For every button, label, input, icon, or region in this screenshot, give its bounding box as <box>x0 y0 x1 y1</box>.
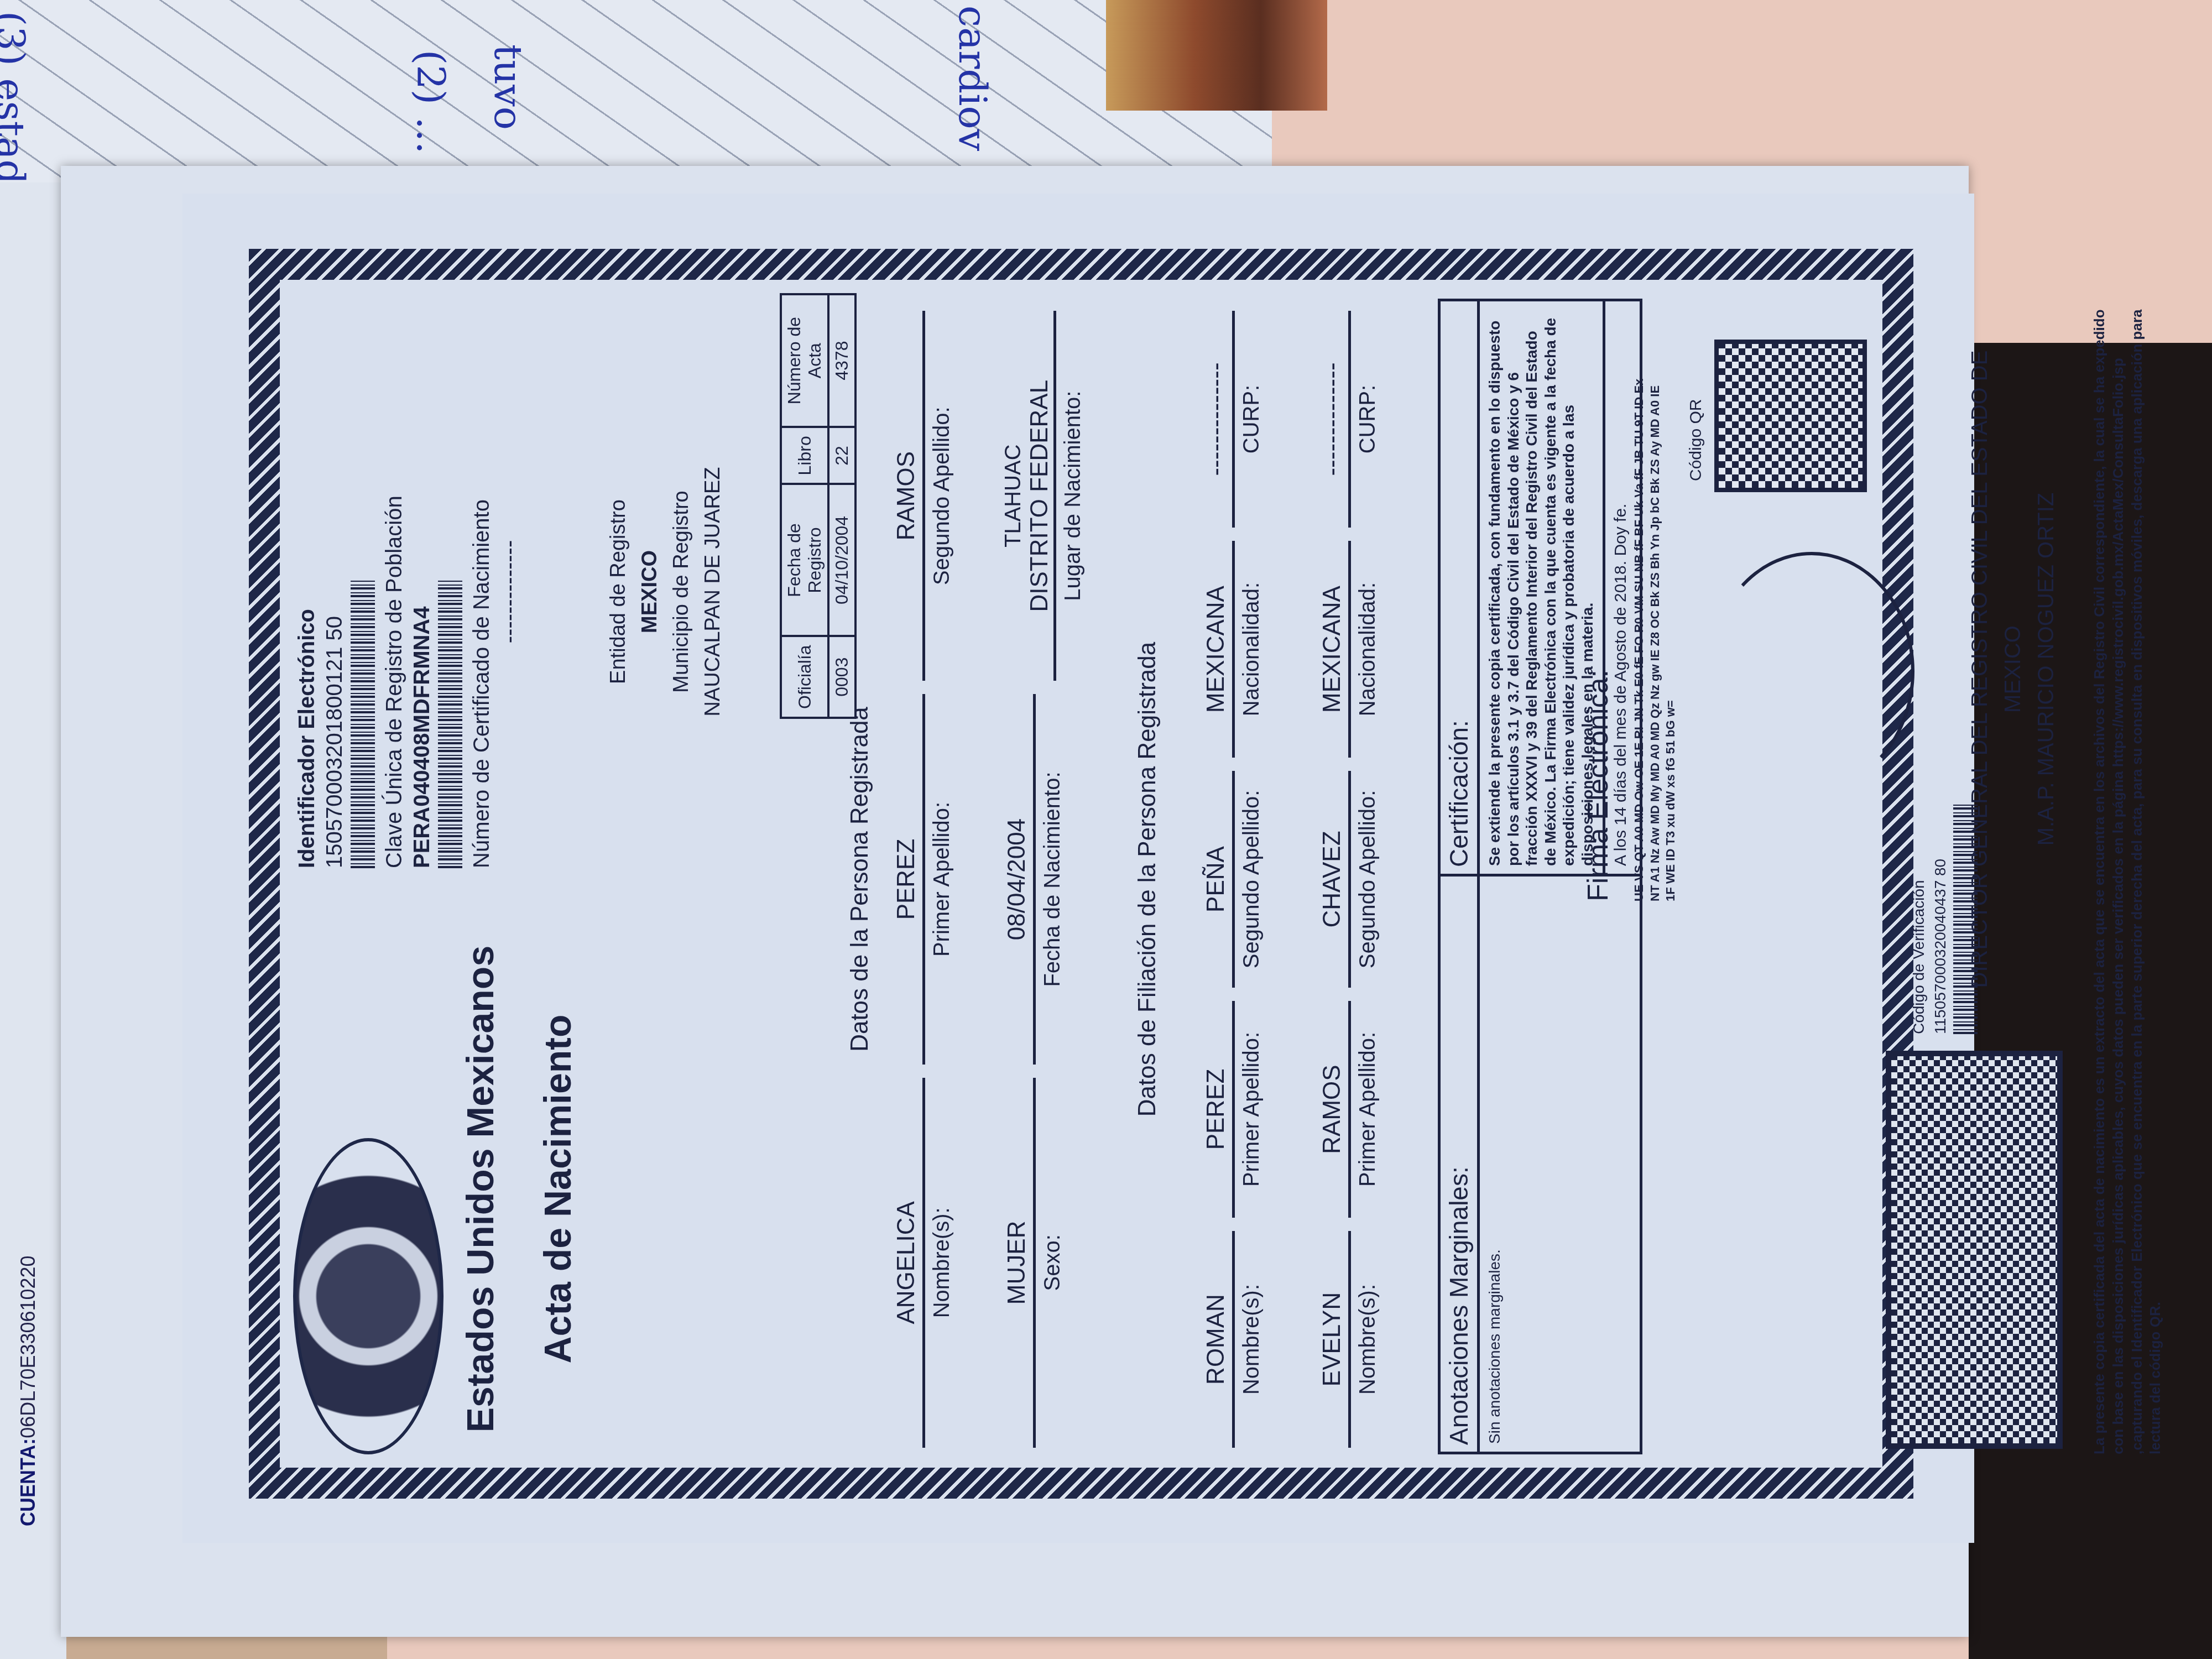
padre1-nombre: ROMAN <box>1200 1231 1235 1448</box>
fecha-nacimiento-label: Fecha de Nacimiento: <box>1036 687 1065 1071</box>
director-block: DIRECTOR GENERAL DEL REGISTRO CIVIL DEL … <box>1963 304 2063 1034</box>
anotaciones-text: Sin anotaciones marginales. <box>1480 877 1510 1452</box>
account-number: CUENTA:06DL70E330610220 <box>17 1255 40 1526</box>
curp-label: CURP: <box>1235 304 1264 534</box>
entidad-label: Entidad de Registro <box>603 315 634 868</box>
identificador-value: 150570003201800121 50 <box>321 315 348 868</box>
table-header: Fecha de Registro <box>781 484 828 636</box>
lugar-line2: DISTRITO FEDERAL <box>1026 311 1056 681</box>
nombre-value: ANGELICA <box>890 1078 925 1448</box>
certificado-value: -------------- <box>495 315 523 868</box>
padre1-primer-apellido: PEREZ <box>1200 1001 1235 1218</box>
firma-label: Firma Electrónica: <box>1582 670 1615 901</box>
national-seal-icon <box>293 1138 444 1454</box>
padre1-nacionalidad: MEXICANA <box>1200 541 1235 758</box>
registration-meta: Entidad de Registro MEXICO Municipio de … <box>603 315 729 868</box>
qr-code-icon <box>1714 340 1867 492</box>
table-header: Oficialía <box>781 636 828 718</box>
handwritten-note: (3) estado <box>0 11 33 208</box>
birth-certificate: Estados Unidos Mexicanos Acta de Nacimie… <box>182 194 1974 1543</box>
identificador-label: Identificador Electrónico <box>293 315 321 868</box>
handwritten-note: tuvo <box>486 44 531 130</box>
qr-label: Código QR <box>1687 399 1705 481</box>
curp-label: CURP: <box>1351 304 1380 534</box>
receipt-paper: CUENTA:06DL70E330610220 <box>0 182 66 1659</box>
lugar-label: Lugar de Nacimiento: <box>1056 304 1086 687</box>
parent-row: ROMANNombre(s): PEREZPrimer Apellido: PE… <box>1200 304 1264 1454</box>
primer-apellido-label: Primer Apellido: <box>1235 994 1264 1224</box>
municipio-value: NAUCALPAN DE JUAREZ <box>697 315 729 868</box>
certificate-paper: Estados Unidos Mexicanos Acta de Nacimie… <box>182 194 1974 1543</box>
notebook-background: (3) estado (2) ... tuvo cardiov <box>0 0 1272 182</box>
handwritten-note: (2) ... <box>408 50 453 154</box>
nombre-label: Nombre(s): <box>925 1071 954 1454</box>
segundo-apellido-value: RAMOS <box>890 311 925 681</box>
certificado-label: Número de Certificado de Nacimiento <box>468 315 495 868</box>
document-title: Acta de Nacimiento <box>536 924 580 1454</box>
firma-chain: UE VS QT A0 MD Ow OE 1E RI JN Tk E0 fE F… <box>1631 371 1679 901</box>
large-qr-code-icon <box>1886 1051 2063 1449</box>
handwritten-note: cardiov <box>950 6 995 151</box>
director-title: DIRECTOR GENERAL DEL REGISTRO CIVIL DEL … <box>1963 304 2030 1034</box>
segundo-apellido-label: Segundo Apellido: <box>925 304 954 687</box>
signature-icon <box>1709 552 1914 791</box>
director-name: M.A.P. MAURICIO NOGUEZ ORTIZ <box>2030 304 2063 1034</box>
segundo-apellido-label: Segundo Apellido: <box>1351 764 1380 994</box>
identifier-block: Identificador Electrónico 15057000320180… <box>293 315 523 868</box>
curp-value: PERA040408MDFRMNA4 <box>408 315 436 868</box>
nombre-label: Nombre(s): <box>1351 1224 1380 1454</box>
madre-nacionalidad: MEXICANA <box>1316 541 1351 758</box>
persona-name-row: ANGELICANombre(s): PEREZPrimer Apellido:… <box>890 304 954 1454</box>
parent-row: EVELYNNombre(s): RAMOSPrimer Apellido: C… <box>1316 304 1380 1454</box>
anotaciones-box: Anotaciones Marginales: Sin anotaciones … <box>1441 874 1640 1452</box>
padre1-segundo-apellido: PEÑA <box>1200 771 1235 988</box>
nombre-label: Nombre(s): <box>1235 1224 1264 1454</box>
primer-apellido-label: Primer Apellido: <box>925 687 954 1071</box>
filiacion-section-title: Datos de Filiación de la Persona Registr… <box>1134 304 1161 1454</box>
madre-primer-apellido: RAMOS <box>1316 1001 1351 1218</box>
footer-text: La presente copia certificada del acta d… <box>2090 304 2165 1454</box>
nacionalidad-label: Nacionalidad: <box>1235 534 1264 764</box>
primer-apellido-label: Primer Apellido: <box>1351 994 1380 1224</box>
wooden-object <box>1106 0 1327 111</box>
persona-birth-row: MUJERSexo: 08/04/2004Fecha de Nacimiento… <box>1001 304 1086 1454</box>
padre1-curp: -------------- <box>1200 311 1235 528</box>
certificacion-label: Certificación: <box>1441 301 1480 874</box>
madre-segundo-apellido: CHAVEZ <box>1316 771 1351 988</box>
account-label: CUENTA: <box>17 1438 39 1526</box>
lugar-line1: TLAHUAC <box>1001 304 1026 687</box>
verification-label: Código de Verificación <box>1908 802 1929 1034</box>
sexo-label: Sexo: <box>1036 1071 1065 1454</box>
barcode-icon <box>351 581 375 868</box>
table-header: Libro <box>781 427 828 484</box>
table-header-row: Oficialía Fecha de Registro Libro Número… <box>781 294 828 718</box>
verification-value: 115057000320040437 80 <box>1929 802 1951 1034</box>
certificate-content: Estados Unidos Mexicanos Acta de Nacimie… <box>293 293 1869 1454</box>
madre-curp: -------------- <box>1316 311 1351 528</box>
fecha-nacimiento-value: 08/04/2004 <box>1001 694 1036 1064</box>
table-header: Número de Acta <box>781 294 828 427</box>
entidad-value: MEXICO <box>634 315 666 868</box>
segundo-apellido-label: Segundo Apellido: <box>1235 764 1264 994</box>
anotaciones-label: Anotaciones Marginales: <box>1441 877 1480 1452</box>
registration-table: Oficialía Fecha de Registro Libro Número… <box>780 293 857 719</box>
nacionalidad-label: Nacionalidad: <box>1351 534 1380 764</box>
country-title: Estados Unidos Mexicanos <box>459 924 502 1454</box>
persona-section-title: Datos de la Persona Registrada <box>846 304 874 1454</box>
account-value: 06DL70E330610220 <box>17 1255 39 1438</box>
curp-label: Clave Única de Registro de Población <box>380 315 408 868</box>
madre-nombre: EVELYN <box>1316 1231 1351 1448</box>
sexo-value: MUJER <box>1001 1078 1036 1448</box>
barcode-icon <box>438 581 462 868</box>
municipio-label: Municipio de Registro <box>666 315 697 868</box>
primer-apellido-value: PEREZ <box>890 694 925 1064</box>
